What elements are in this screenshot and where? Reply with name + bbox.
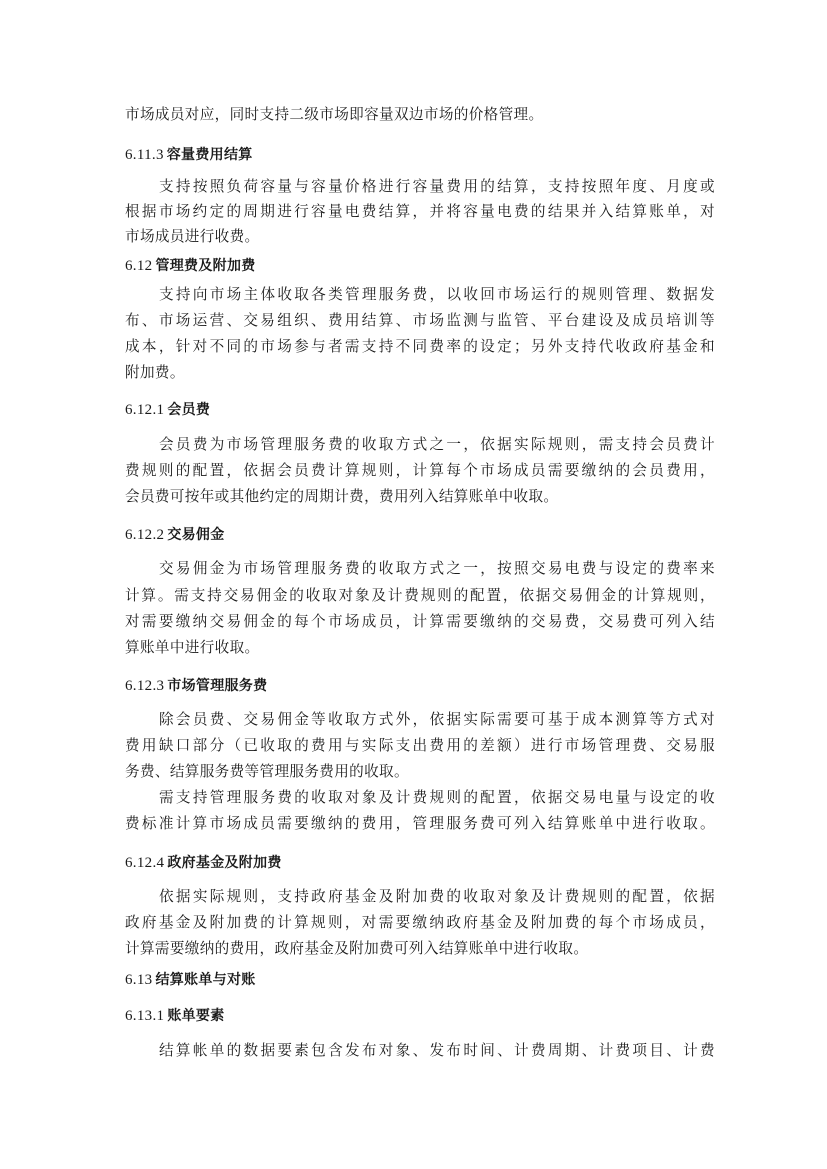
section-number: 6.13.1 bbox=[125, 1008, 164, 1024]
section-title: 政府基金及附加费 bbox=[167, 855, 281, 871]
section-number: 6.12.3 bbox=[125, 678, 164, 694]
section-title: 市场管理服务费 bbox=[167, 678, 267, 694]
paragraph-line: 根据市场约定的周期进行容量电费结算，并将容量电费的结果并入结算账单，对 bbox=[125, 202, 715, 222]
section-number: 6.12 bbox=[125, 258, 152, 274]
section-title: 交易佣金 bbox=[167, 527, 224, 543]
section-title: 账单要素 bbox=[167, 1008, 224, 1024]
paragraph-line: 会员费可按年或其他约定的周期计费，费用列入结算账单中收取。 bbox=[125, 487, 715, 507]
section-heading-6-12-4: 6.12.4政府基金及附加费 bbox=[125, 853, 715, 873]
paragraph-line: 计算。需支持交易佣金的收取对象及计费规则的配置，依据交易佣金的计算规则， bbox=[125, 586, 715, 606]
section-number: 6.13 bbox=[125, 972, 152, 988]
paragraph-line: 费标准计算市场成员需要缴纳的费用，管理服务费可列入结算账单中进行收取。 bbox=[125, 814, 715, 834]
paragraph-line: 会员费为市场管理服务费的收取方式之一，依据实际规则，需支持会员费计 bbox=[159, 435, 715, 455]
section-number: 6.12.1 bbox=[125, 402, 164, 418]
section-title: 会员费 bbox=[167, 402, 210, 418]
section-number: 6.11.3 bbox=[125, 147, 164, 163]
paragraph-line: 除会员费、交易佣金等收取方式外，依据实际需要可基于成本测算等方式对 bbox=[159, 710, 715, 730]
paragraph-line: 费规则的配置，依据会员费计算规则，计算每个市场成员需要缴纳的会员费用， bbox=[125, 461, 715, 481]
paragraph-line: 需支持管理服务费的收取对象及计费规则的配置，依据交易电量与设定的收 bbox=[159, 788, 715, 808]
section-heading-6-13-1: 6.13.1账单要素 bbox=[125, 1006, 715, 1026]
paragraph-line: 支持向市场主体收取各类管理服务费，以收回市场运行的规则管理、数据发 bbox=[159, 285, 715, 305]
section-title: 管理费及附加费 bbox=[155, 258, 255, 274]
section-heading-6-12-1: 6.12.1会员费 bbox=[125, 400, 715, 420]
paragraph-line: 成本，针对不同的市场参与者需支持不同费率的设定；另外支持代收政府基金和 bbox=[125, 337, 715, 357]
section-heading-6-12-2: 6.12.2交易佣金 bbox=[125, 525, 715, 545]
section-number: 6.12.4 bbox=[125, 855, 164, 871]
paragraph-line: 附加费。 bbox=[125, 363, 715, 383]
paragraph-line: 计算需要缴纳的费用，政府基金及附加费可列入结算账单中进行收取。 bbox=[125, 939, 715, 959]
section-heading-6-13: 6.13结算账单与对账 bbox=[125, 970, 715, 990]
document-page: 市场成员对应，同时支持二级市场即容量双边市场的价格管理。 6.11.3容量费用结… bbox=[0, 0, 827, 1169]
paragraph-line: 布、市场运营、交易组织、费用结算、市场监测与监管、平台建设及成员培训等 bbox=[125, 311, 715, 331]
section-heading-6-12-3: 6.12.3市场管理服务费 bbox=[125, 676, 715, 696]
continuation-line: 市场成员对应，同时支持二级市场即容量双边市场的价格管理。 bbox=[125, 105, 715, 125]
paragraph-line: 市场成员进行收费。 bbox=[125, 227, 715, 247]
paragraph-line: 对需要缴纳交易佣金的每个市场成员，计算需要缴纳的交易费，交易费可列入结 bbox=[125, 612, 715, 632]
section-title: 结算账单与对账 bbox=[155, 972, 255, 988]
paragraph-line: 费用缺口部分（已收取的费用与实际支出费用的差额）进行市场管理费、交易服 bbox=[125, 736, 715, 756]
section-heading-6-11-3: 6.11.3容量费用结算 bbox=[125, 145, 715, 165]
paragraph-line: 算账单中进行收取。 bbox=[125, 638, 715, 658]
section-heading-6-12: 6.12管理费及附加费 bbox=[125, 256, 715, 276]
section-title: 容量费用结算 bbox=[167, 147, 253, 163]
paragraph-line: 结算帐单的数据要素包含发布对象、发布时间、计费周期、计费项目、计费 bbox=[159, 1041, 715, 1061]
paragraph-line: 政府基金及附加费的计算规则，对需要缴纳政府基金及附加费的每个市场成员， bbox=[125, 913, 715, 933]
paragraph-line: 务费、结算服务费等管理服务费用的收取。 bbox=[125, 762, 715, 782]
paragraph-line: 依据实际规则，支持政府基金及附加费的收取对象及计费规则的配置，依据 bbox=[159, 887, 715, 907]
section-number: 6.12.2 bbox=[125, 527, 164, 543]
paragraph-line: 交易佣金为市场管理服务费的收取方式之一，按照交易电费与设定的费率来 bbox=[159, 559, 715, 579]
paragraph-line: 支持按照负荷容量与容量价格进行容量费用的结算，支持按照年度、月度或 bbox=[159, 177, 715, 197]
